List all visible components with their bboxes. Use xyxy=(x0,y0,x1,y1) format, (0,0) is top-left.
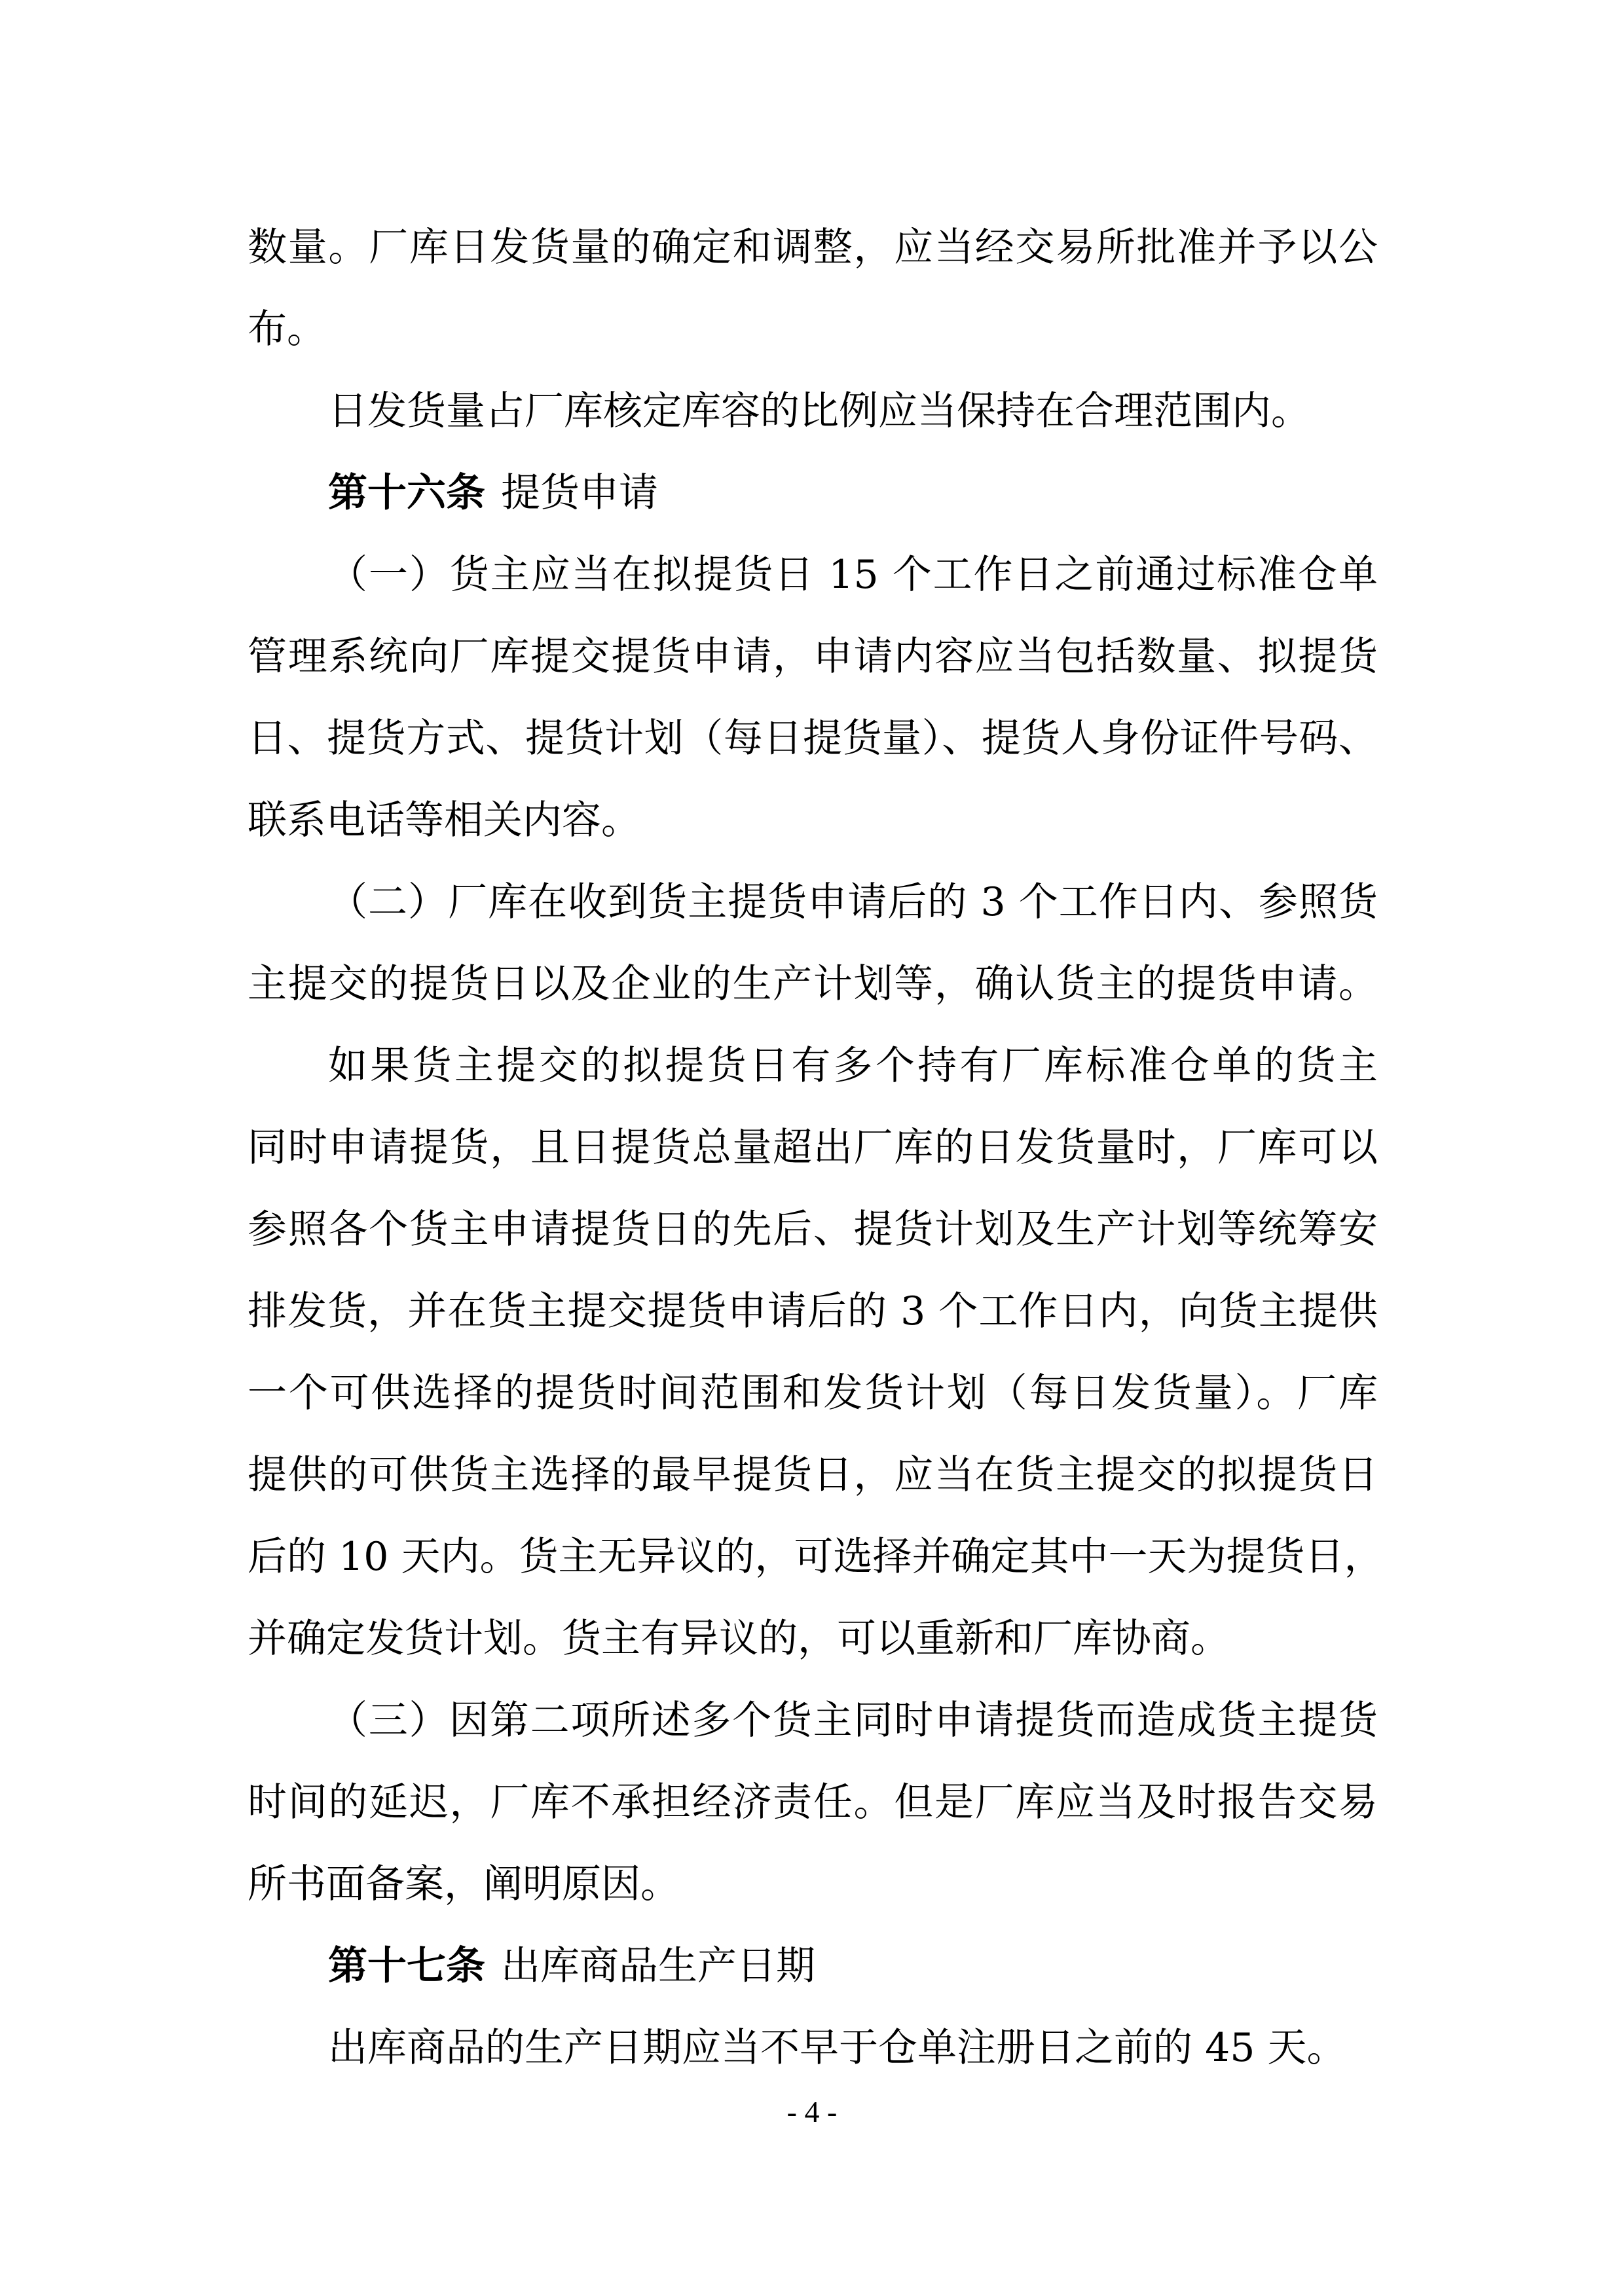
paragraph-first-line: （三）因第二项所述多个货主同时申请提货而造成货主提货 xyxy=(248,1694,1378,1776)
body-line: 所书面备案，阐明原因。 xyxy=(248,1858,1378,1940)
document-page: 数量。厂库日发货量的确定和调整，应当经交易所批准并予以公 布。 日发货量占厂库核… xyxy=(0,0,1624,2296)
body-line: 布。 xyxy=(248,303,1378,385)
article-heading-16: 第十六条提货申请 xyxy=(248,467,1378,549)
body-line: 日、提货方式、提货计划（每日提货量）、提货人身份证件号码、 xyxy=(248,712,1378,794)
body-line: 并确定发货计划。货主有异议的，可以重新和厂库协商。 xyxy=(248,1613,1378,1694)
paragraph-first-line: 如果货主提交的拟提货日有多个持有厂库标准仓单的货主 xyxy=(248,1040,1378,1121)
document-body: 数量。厂库日发货量的确定和调整，应当经交易所批准并予以公 布。 日发货量占厂库核… xyxy=(248,221,1378,2104)
article-title: 提货申请 xyxy=(501,470,658,516)
article-title: 出库商品生产日期 xyxy=(501,1943,815,1989)
body-line: 时间的延迟，厂库不承担经济责任。但是厂库应当及时报告交易 xyxy=(248,1776,1378,1858)
body-line: 提供的可供货主选择的最早提货日，应当在货主提交的拟提货日 xyxy=(248,1449,1378,1531)
paragraph-first-line: （二）厂库在收到货主提货申请后的 3 个工作日内、参照货 xyxy=(248,876,1378,958)
body-line: 参照各个货主申请提货日的先后、提货计划及生产计划等统筹安 xyxy=(248,1203,1378,1285)
page-number: - 4 - xyxy=(0,2092,1624,2132)
paragraph-first-line: 日发货量占厂库核定库容的比例应当保持在合理范围内。 xyxy=(248,385,1378,467)
article-heading-17: 第十七条出库商品生产日期 xyxy=(248,1940,1378,2022)
body-line: 主提交的提货日以及企业的生产计划等，确认货主的提货申请。 xyxy=(248,958,1378,1040)
body-line: 数量。厂库日发货量的确定和调整，应当经交易所批准并予以公 xyxy=(248,221,1378,303)
body-line: 管理系统向厂库提交提货申请，申请内容应当包括数量、拟提货 xyxy=(248,630,1378,712)
article-number: 第十六条 xyxy=(328,470,485,516)
body-line: 后的 10 天内。货主无异议的，可选择并确定其中一天为提货日， xyxy=(248,1531,1378,1613)
paragraph-first-line: （一）货主应当在拟提货日 15 个工作日之前通过标准仓单 xyxy=(248,549,1378,630)
body-line: 联系电话等相关内容。 xyxy=(248,794,1378,876)
body-line: 排发货，并在货主提交提货申请后的 3 个工作日内，向货主提供 xyxy=(248,1285,1378,1367)
body-line: 一个可供选择的提货时间范围和发货计划（每日发货量）。厂库 xyxy=(248,1367,1378,1449)
paragraph-first-line: 出库商品的生产日期应当不早于仓单注册日之前的 45 天。 xyxy=(248,2022,1378,2104)
article-number: 第十七条 xyxy=(328,1943,485,1989)
body-line: 同时申请提货，且日提货总量超出厂库的日发货量时，厂库可以 xyxy=(248,1121,1378,1203)
